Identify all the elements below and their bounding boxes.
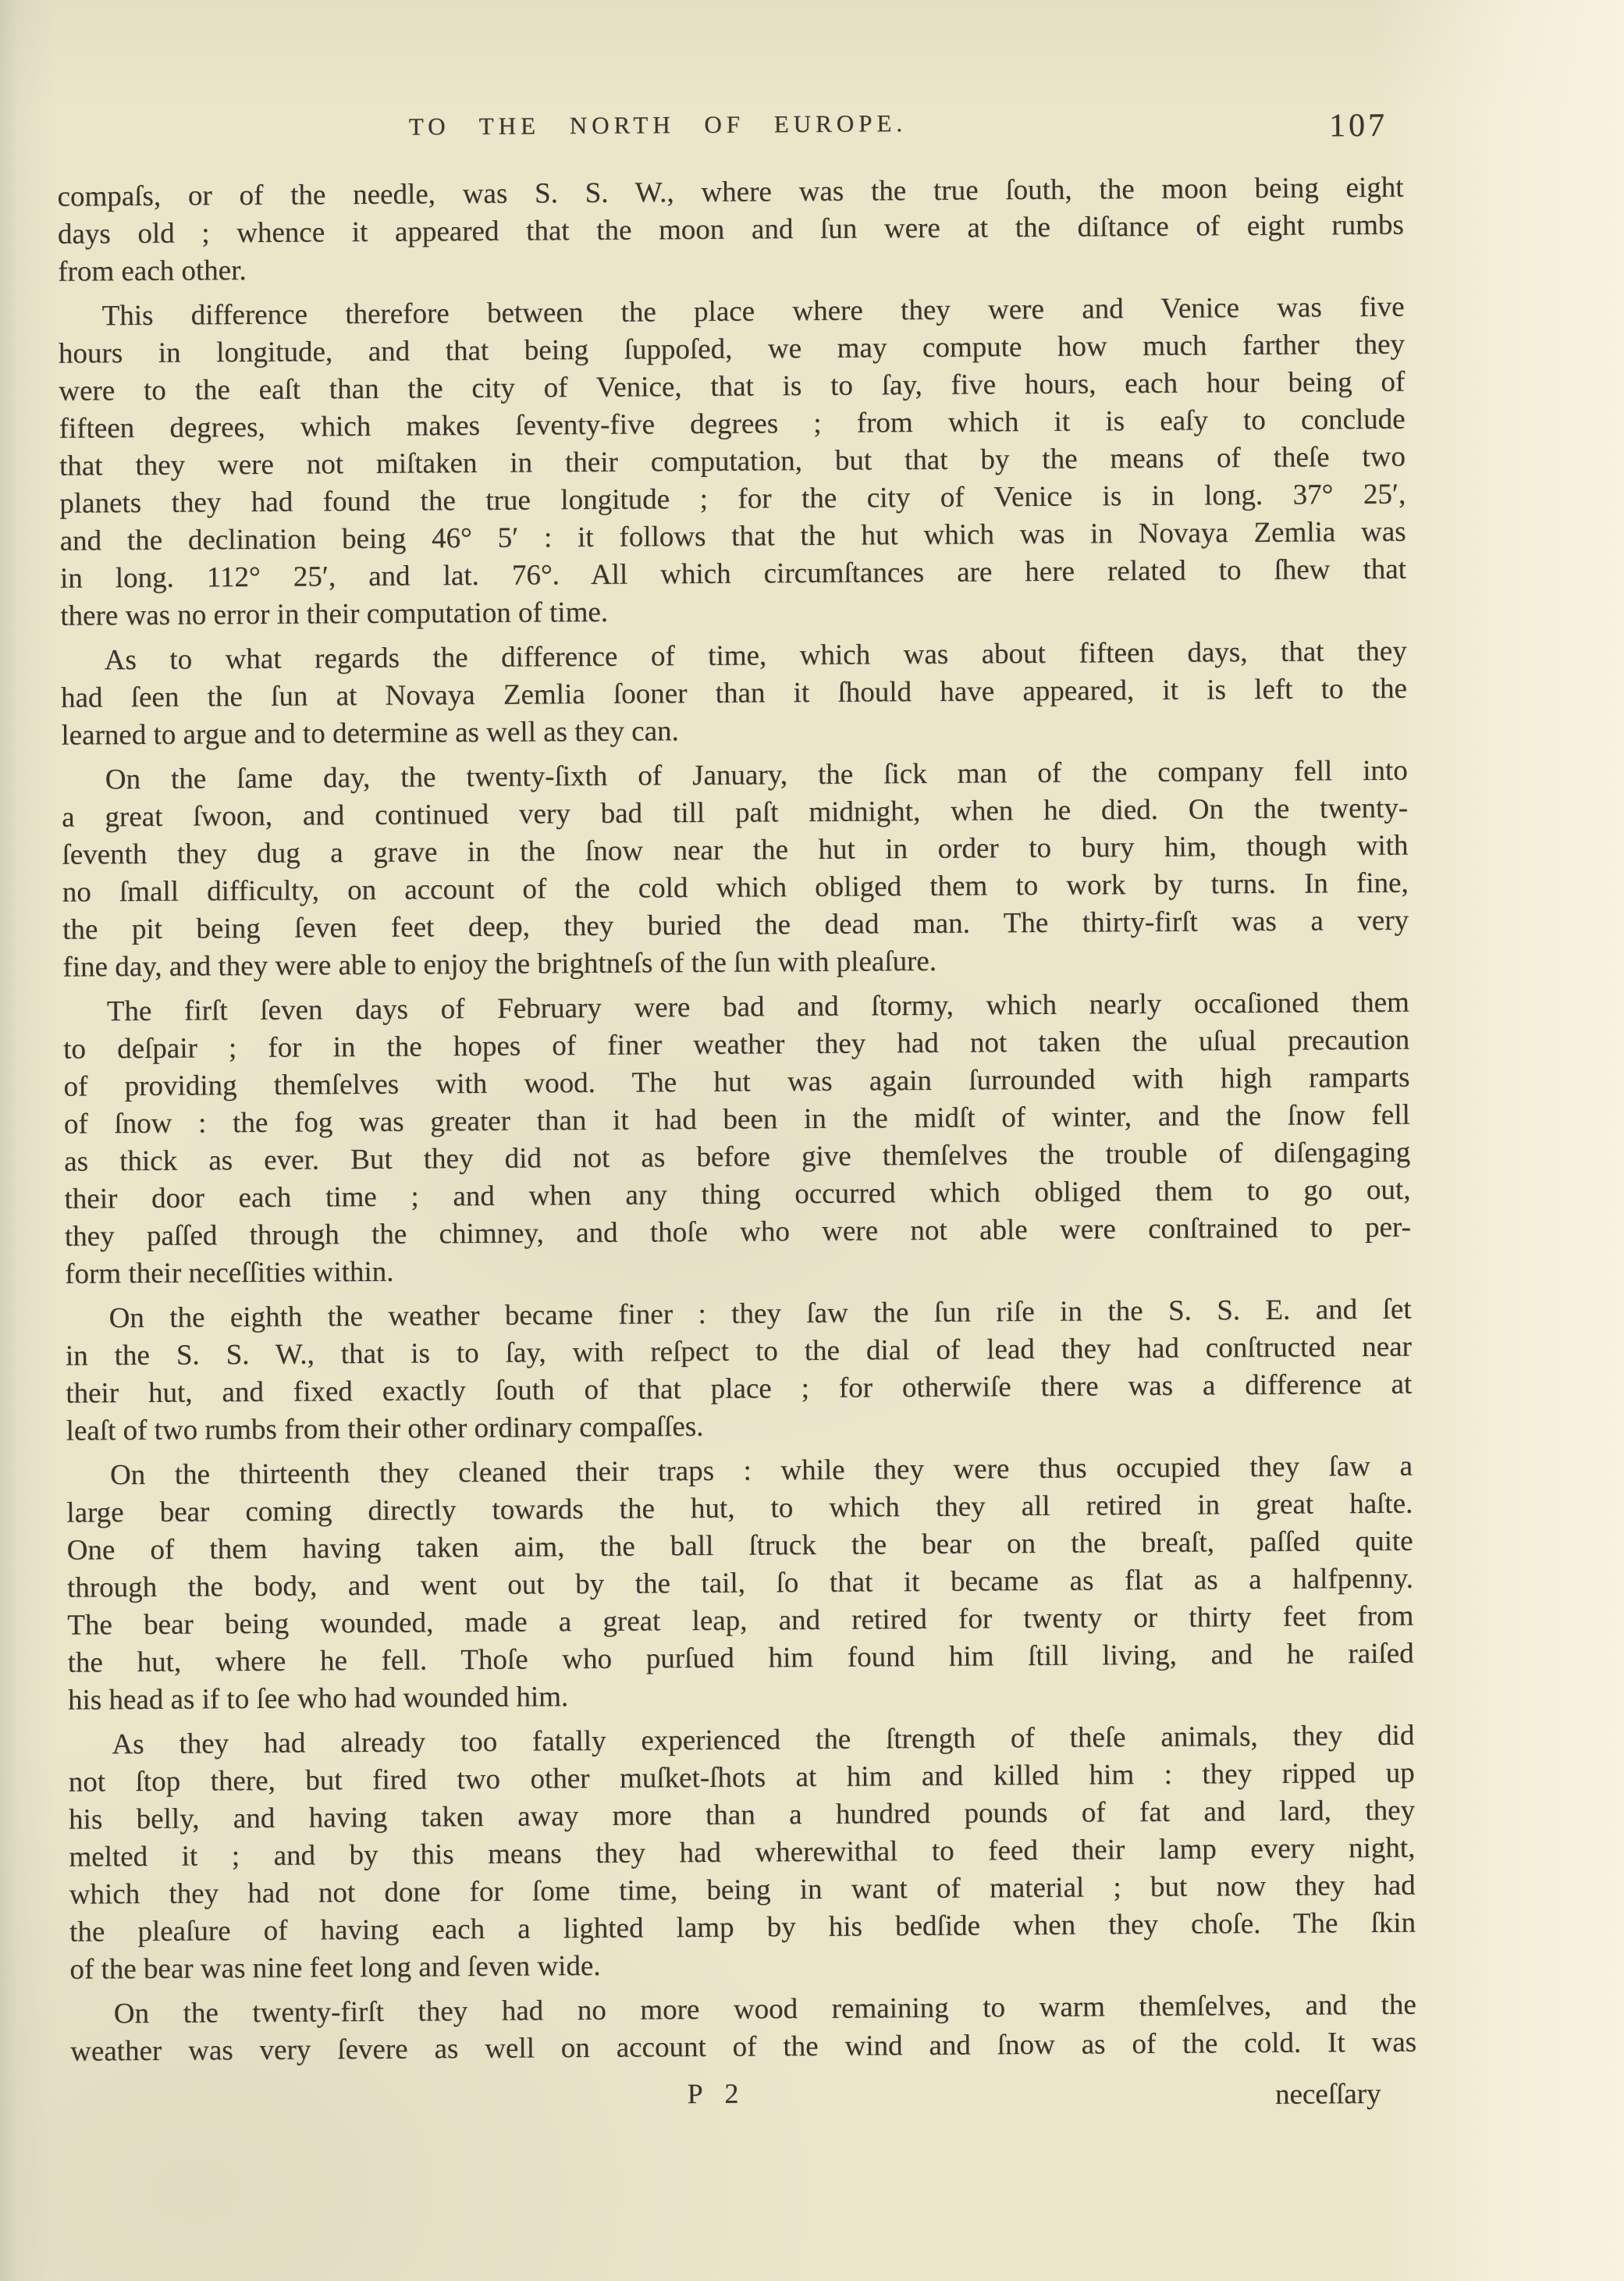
page-body-text: compaſs, or of the needle, was S. S. W.,… [57, 169, 1416, 2071]
paragraph: This difference therefore between the pl… [58, 289, 1406, 635]
paragraph: On the thirteenth they cleaned their tra… [66, 1448, 1414, 1720]
paragraph: As to what regards the difference of tim… [61, 633, 1408, 755]
paragraph: compaſs, or of the needle, was S. S. W.,… [57, 169, 1404, 291]
paragraph: On the ſame day, the twenty-ſixth of Jan… [62, 753, 1409, 987]
scan-skew-layer: TO THE NORTH OF EUROPE. 107 compaſs, or … [0, 0, 1624, 2281]
running-title: TO THE NORTH OF EUROPE. [57, 107, 1259, 144]
catchword: neceſſary [1275, 2077, 1381, 2112]
paragraph: As they had already too fatally experien… [68, 1717, 1416, 1989]
page-number: 107 [1329, 107, 1388, 145]
paragraph: On the eighth the weather became finer :… [65, 1291, 1412, 1450]
paragraph: The firſt ſeven days of February were ba… [63, 984, 1412, 1294]
book-page-scan: TO THE NORTH OF EUROPE. 107 compaſs, or … [0, 0, 1624, 2281]
page-footer: P 2 neceſſary [70, 2069, 1416, 2133]
signature-mark: P 2 [688, 2077, 747, 2111]
paragraph: On the twenty-firſt they had no more woo… [70, 1987, 1417, 2071]
